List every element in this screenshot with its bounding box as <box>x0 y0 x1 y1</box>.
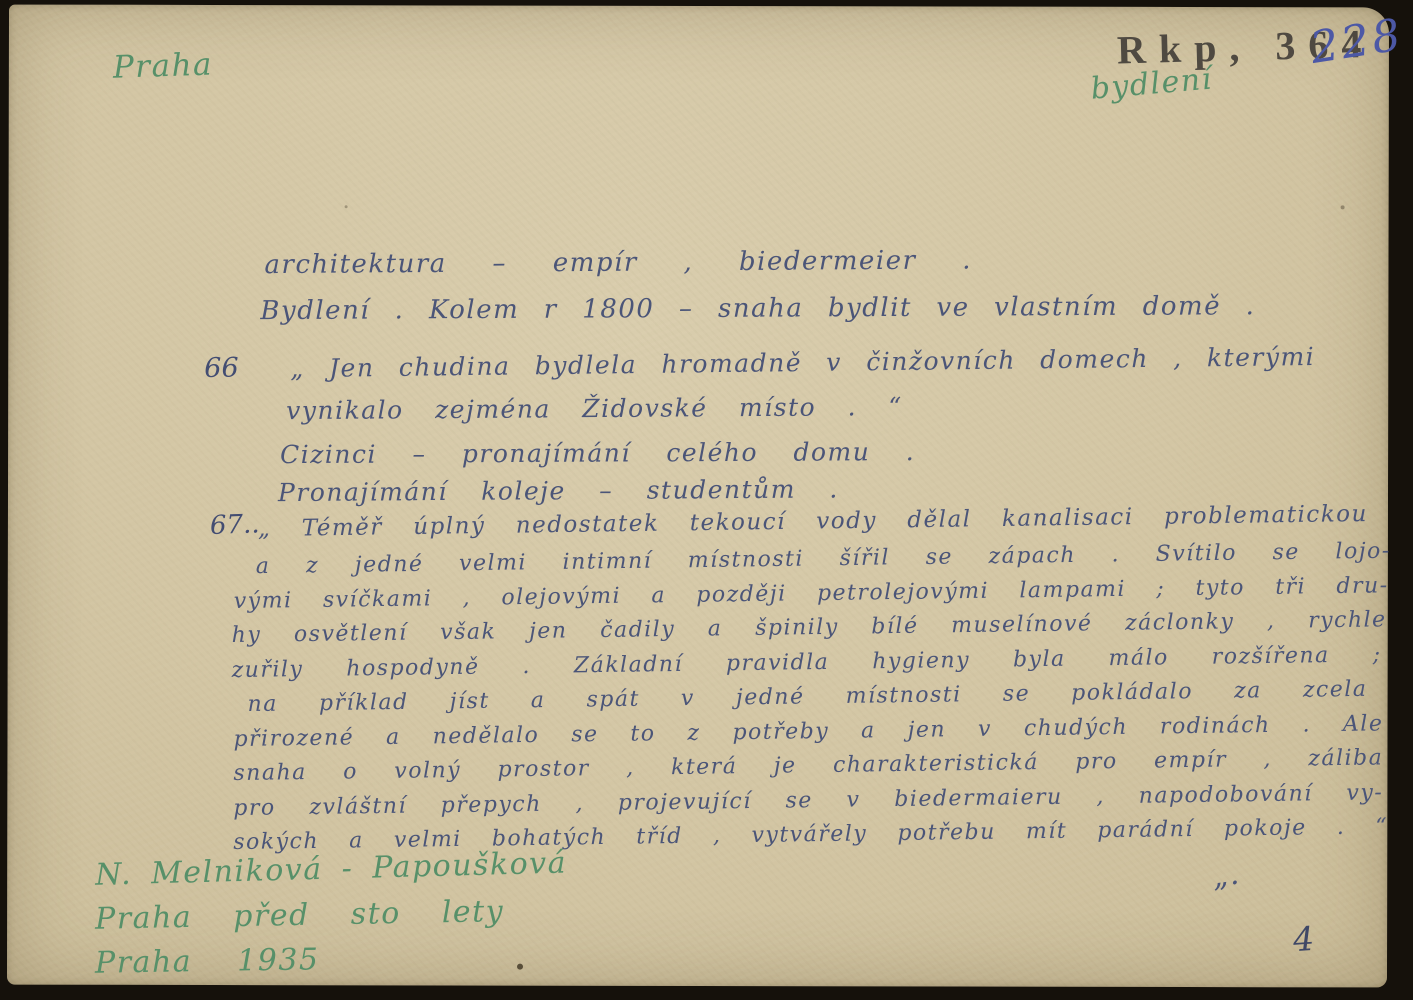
handwritten-line-heading-2: Bydlení . Kolem r 1800 – snaha bydlit ve… <box>260 290 1255 327</box>
page-number: 4 <box>1292 918 1317 961</box>
handwritten-line-middle-1: Cizinci – pronajímání celého domu . <box>280 436 915 470</box>
paper-speck <box>345 205 348 208</box>
item-67-number: 67.. <box>209 509 260 541</box>
citation-published: Praha 1935 <box>95 941 320 982</box>
item-66-number: 66 <box>204 352 239 384</box>
subject-annotation: bydlení <box>1089 61 1214 109</box>
paper-speck <box>517 964 523 970</box>
paper-speck <box>1341 205 1345 209</box>
handwritten-line-66-1: „ Jen chudina bydlela hromadně v činžovn… <box>290 341 1315 384</box>
handwritten-line-66-2: vynikalo zejména Židovské místo . “ <box>286 391 903 426</box>
folio-number-annotation: 228 <box>1307 7 1407 76</box>
manuscript-card: Praha Rkp, 364 228 bydlení architektura … <box>7 5 1389 988</box>
citation-title: Praha před sto lety <box>95 893 505 938</box>
handwritten-line-middle-2: Pronajímání koleje – studentům . <box>278 473 839 508</box>
closing-quote-mark: „. <box>1210 855 1243 896</box>
citation-author: N. Melniková - Papoušková <box>95 845 568 895</box>
place-annotation: Praha <box>112 45 213 87</box>
handwritten-line-heading-1: architektura – empír , biedermeier . <box>264 244 972 281</box>
